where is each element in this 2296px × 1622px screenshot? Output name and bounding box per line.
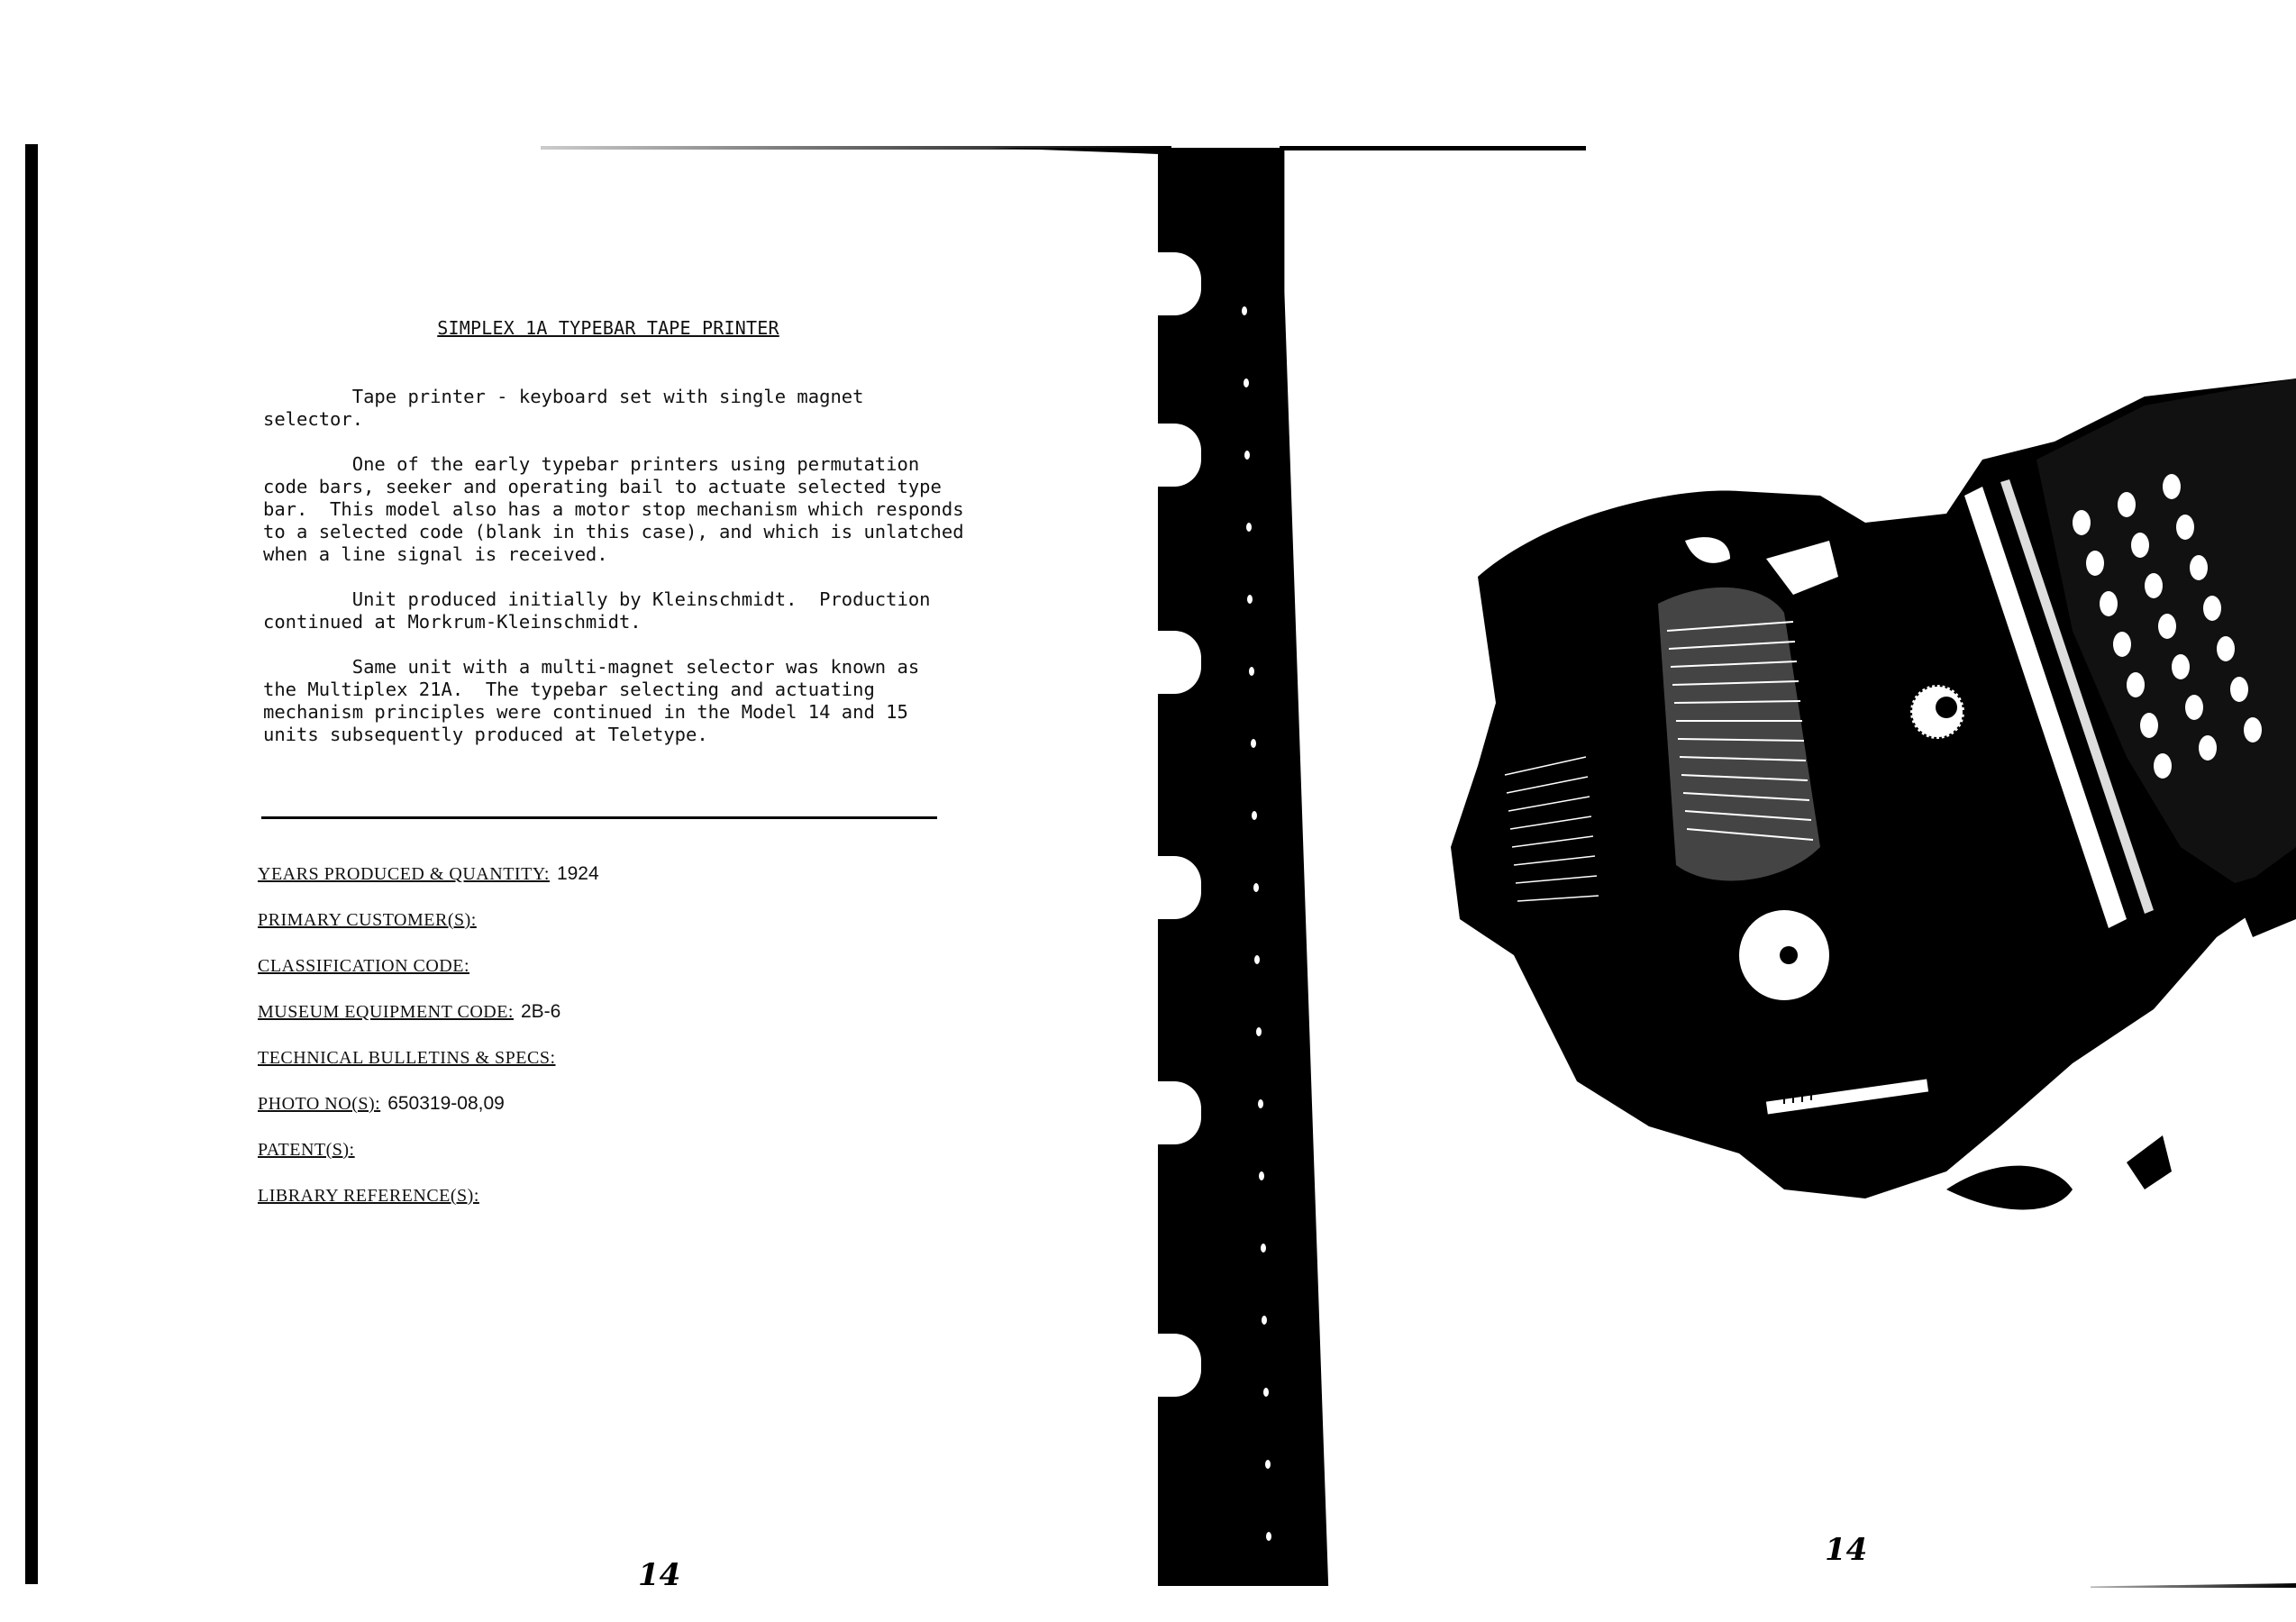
paragraph-3: Unit produced initially by Kleinschmidt.… (263, 588, 984, 633)
section-divider (261, 816, 937, 819)
binding-hole (1251, 739, 1256, 748)
binding-hole (1242, 306, 1247, 315)
field-row: CLASSIFICATION CODE: (258, 954, 477, 978)
scan-top-edge-right (1280, 146, 1586, 150)
binding-hole (1256, 1027, 1262, 1036)
binding-hole (1244, 378, 1249, 387)
binding-notch (1158, 424, 1201, 487)
field-value: 650319-08,09 (387, 1093, 505, 1114)
photo-icon (1451, 378, 2296, 1210)
paragraph-2: One of the early typebar printers using … (263, 453, 984, 566)
binding-hole (1265, 1460, 1271, 1469)
binding-notch (1158, 631, 1201, 694)
field-label: PATENT(S): (258, 1140, 355, 1160)
field-label: PHOTO NO(S): (258, 1094, 380, 1114)
field-value: 2B-6 (521, 1001, 560, 1022)
field-label: CLASSIFICATION CODE: (258, 956, 469, 976)
typewriter-photo (1442, 378, 2296, 1352)
binding-notch (1158, 1334, 1201, 1397)
field-label: PRIMARY CUSTOMER(S): (258, 910, 477, 930)
binding-hole (1261, 1244, 1266, 1253)
field-label: MUSEUM EQUIPMENT CODE: (258, 1002, 514, 1022)
scan-bottom-edge (2091, 1583, 2296, 1588)
binding-hole (1246, 523, 1252, 532)
field-row: PATENT(S): (258, 1138, 362, 1162)
paragraph-1: Tape printer - keyboard set with single … (263, 386, 984, 431)
binding-notch (1158, 1081, 1201, 1144)
binding-hole (1258, 1099, 1263, 1108)
paragraph-4: Same unit with a multi-magnet selector w… (263, 656, 984, 746)
field-label: LIBRARY REFERENCE(S): (258, 1186, 479, 1206)
field-row: MUSEUM EQUIPMENT CODE:2B-6 (258, 1000, 560, 1024)
scan-left-edge (25, 144, 38, 1584)
field-label: TECHNICAL BULLETINS & SPECS: (258, 1048, 556, 1068)
field-value: 1924 (557, 863, 599, 884)
field-row: YEARS PRODUCED & QUANTITY:1924 (258, 862, 599, 886)
field-row: PRIMARY CUSTOMER(S): (258, 908, 484, 932)
field-row: TECHNICAL BULLETINS & SPECS: (258, 1046, 563, 1070)
binding-hole (1263, 1388, 1269, 1397)
binding-notch (1158, 856, 1201, 919)
page-number-right: 14 (1825, 1532, 1867, 1568)
field-row: PHOTO NO(S):650319-08,09 (258, 1092, 505, 1116)
page-number-left: 14 (638, 1557, 680, 1593)
page-title: SIMPLEX 1A TYPEBAR TAPE PRINTER (263, 317, 953, 339)
binding-notch (1158, 252, 1201, 315)
binding-hole (1249, 667, 1254, 676)
field-row: LIBRARY REFERENCE(S): (258, 1184, 487, 1207)
binding-hole (1253, 883, 1259, 892)
field-label: YEARS PRODUCED & QUANTITY: (258, 864, 550, 884)
